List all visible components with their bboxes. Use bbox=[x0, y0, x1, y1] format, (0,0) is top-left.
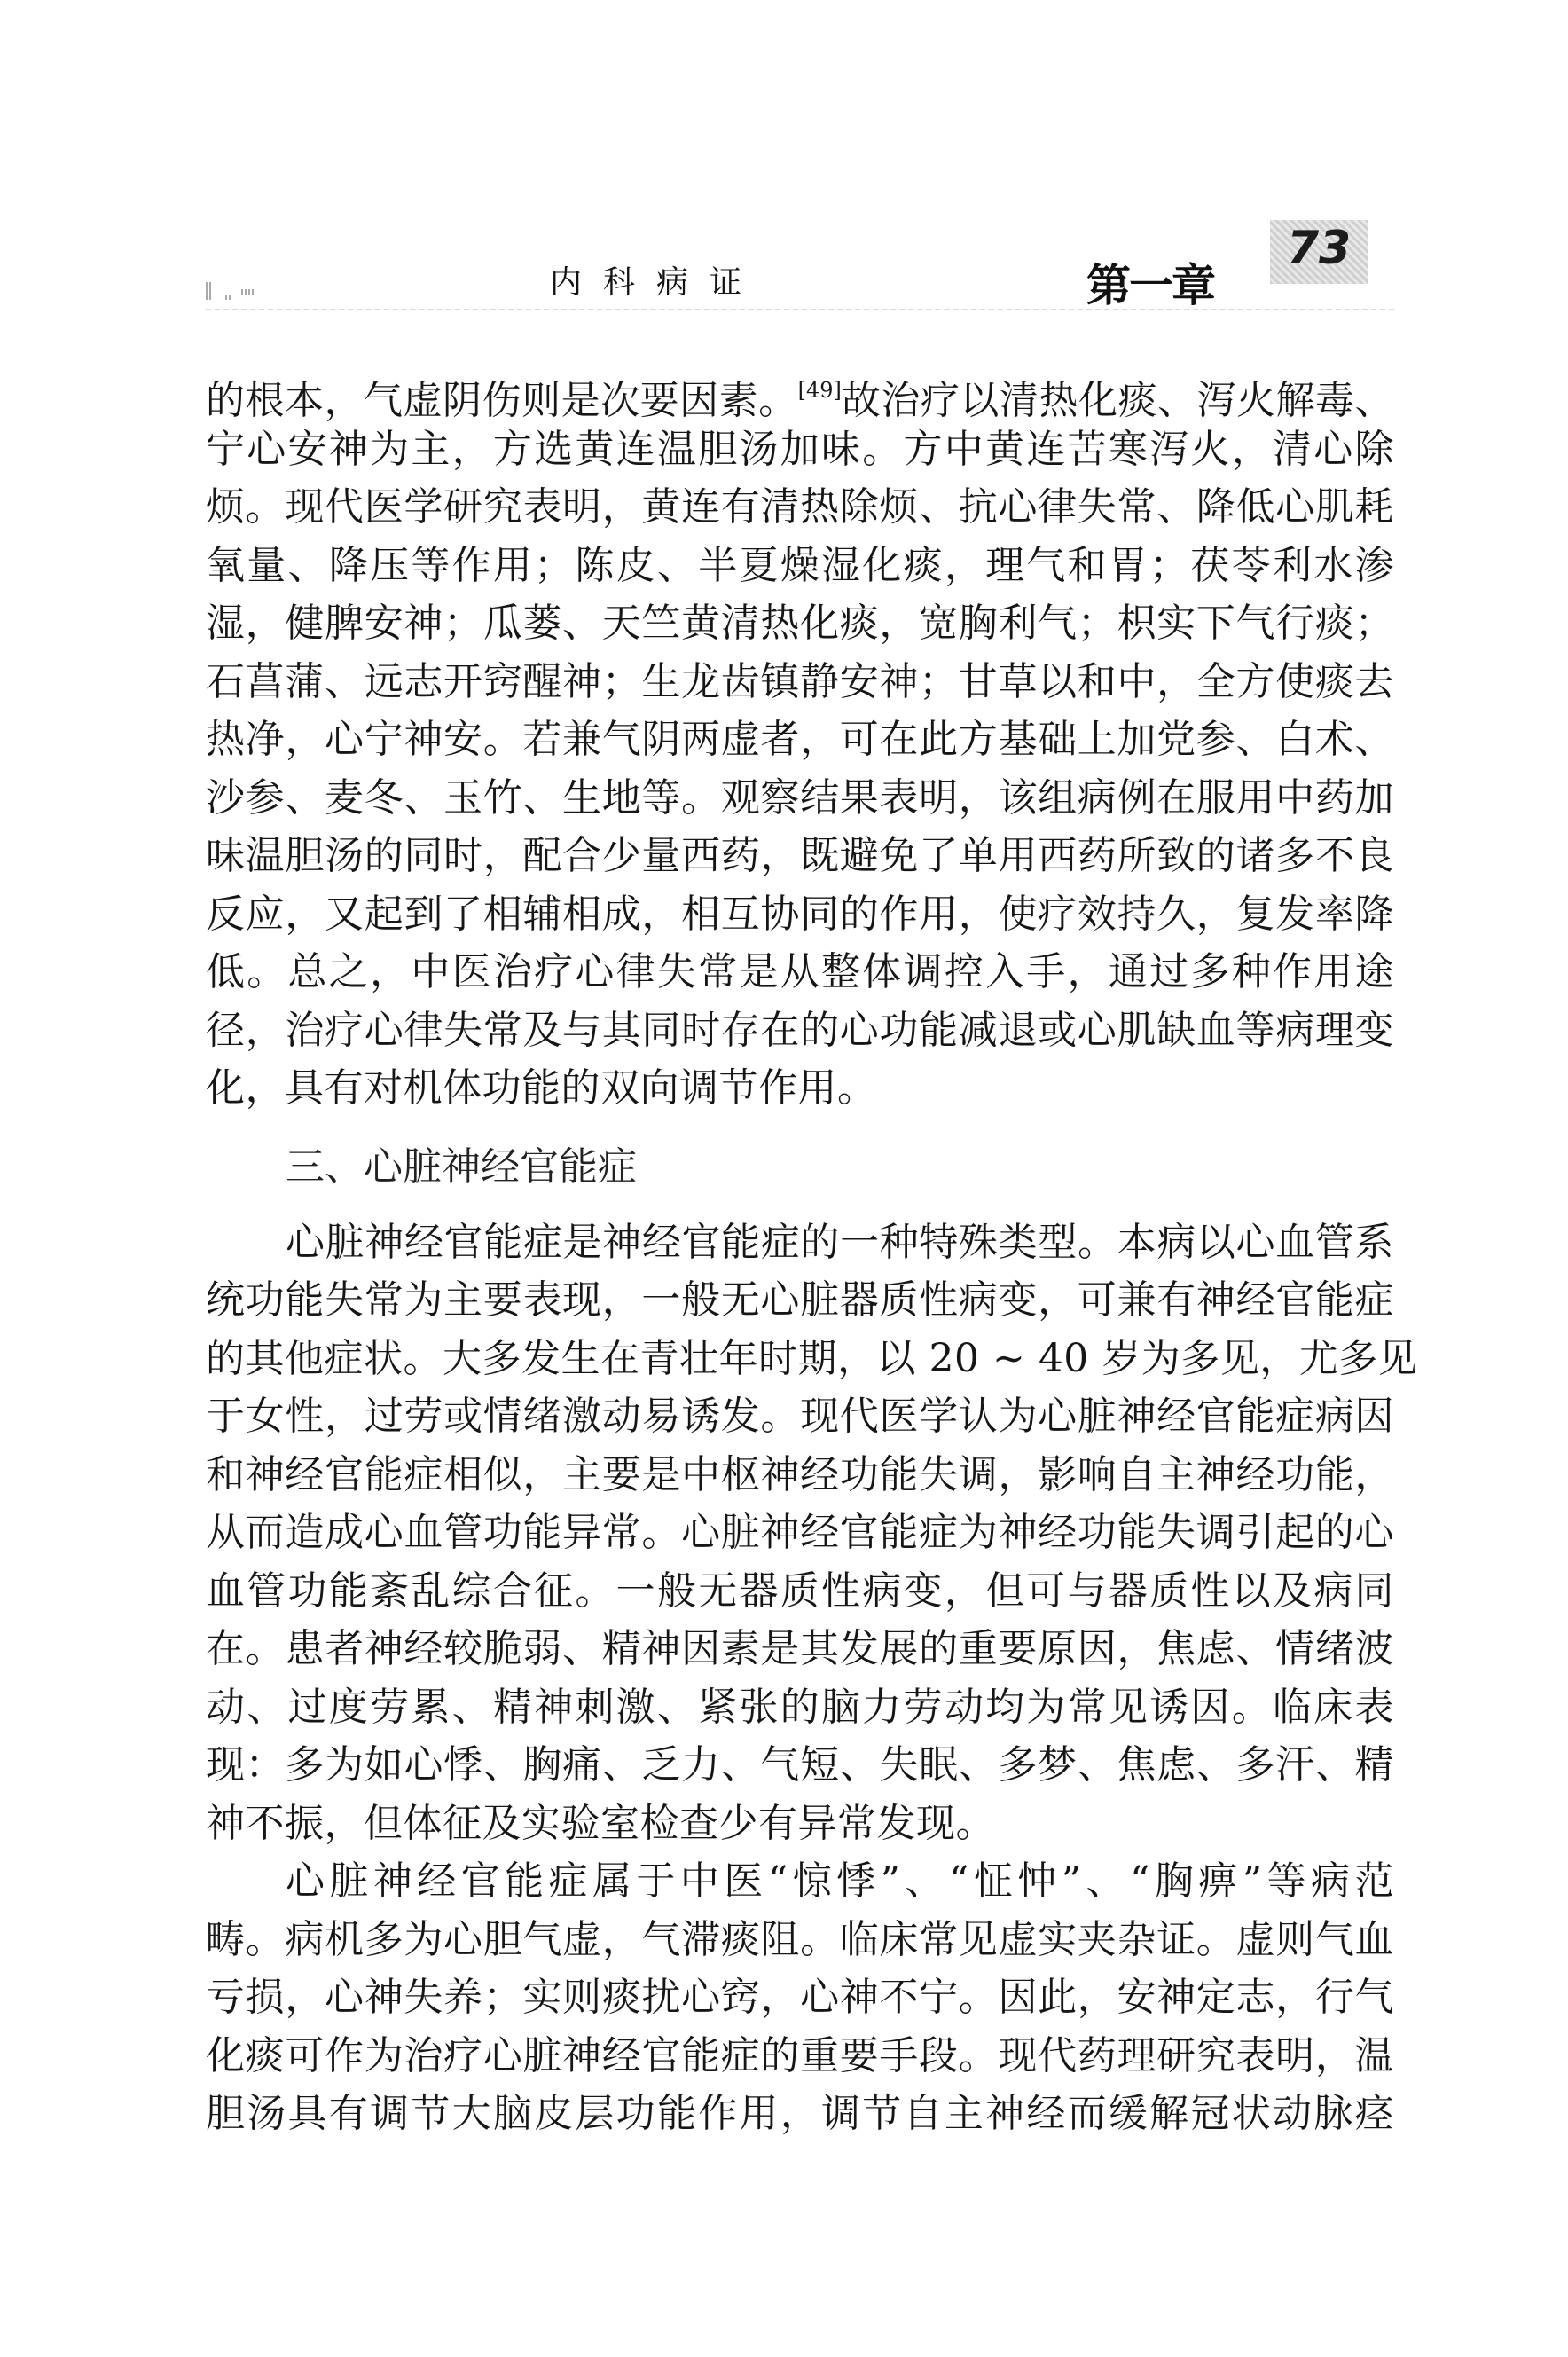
section-heading: 三、心脏神经官能症 bbox=[206, 1123, 1394, 1212]
text-line: 化，具有对机体功能的双向调节作用。 bbox=[206, 1059, 1394, 1118]
page-number-box: 73 bbox=[1270, 220, 1368, 284]
book-page: 内科病证 第一章 73 的根本，气虚阴伤则是次要因素。[49]故治疗以清热化痰、… bbox=[0, 0, 1568, 2357]
paragraph-1: 的根本，气虚阴伤则是次要因素。[49]故治疗以清热化痰、泻火解毒、 宁心安神为主… bbox=[206, 362, 1394, 1118]
text-line: 胆汤具有调节大脑皮层功能作用，调节自主神经而缓解冠状动脉痉 bbox=[206, 2085, 1394, 2143]
citation-reference: [49] bbox=[798, 378, 842, 403]
text-line: 反应，又起到了相辅相成，相互协同的作用，使疗效持久，复发率降 bbox=[206, 885, 1394, 944]
text-line: 的根本，气虚阴伤则是次要因素。[49]故治疗以清热化痰、泻火解毒、 bbox=[206, 362, 1394, 420]
text-line: 氧量、降压等作用；陈皮、半夏燥湿化痰，理气和胃；茯苓利水渗 bbox=[206, 537, 1394, 595]
paragraph-2: 心脏神经官能症是神经官能症的一种特殊类型。本病以心血管系 统功能失常为主要表现，… bbox=[206, 1214, 1394, 1853]
paragraph-3: 心脏神经官能症属于中医“惊悸”、“怔忡”、“胸痹”等病范 畴。病机多为心胆气虚，… bbox=[206, 1852, 1394, 2143]
text-line: 热净，心宁神安。若兼气阴两虚者，可在此方基础上加党参、白术、 bbox=[206, 711, 1394, 769]
text-line: 畴。病机多为心胆气虚，气滞痰阻。临床常见虚实夹杂证。虚则气血 bbox=[206, 1911, 1394, 1969]
text-line: 亏损，心神失养；实则痰扰心窍，心神不宁。因此，安神定志，行气 bbox=[206, 1968, 1394, 2027]
text-line: 心脏神经官能症是神经官能症的一种特殊类型。本病以心血管系 bbox=[206, 1214, 1394, 1272]
text-line: 和神经官能症相似，主要是中枢神经功能失调，影响自主神经功能， bbox=[206, 1446, 1394, 1505]
text-line: 动、过度劳累、精神刺激、紧张的脑力劳动均为常见诱因。临床表 bbox=[206, 1678, 1394, 1737]
text-line: 从而造成心血管功能异常。心脏神经官能症为神经功能失调引起的心 bbox=[206, 1504, 1394, 1562]
book-title: 内科病证 bbox=[550, 257, 763, 302]
body-text: 的根本，气虚阴伤则是次要因素。[49]故治疗以清热化痰、泻火解毒、 宁心安神为主… bbox=[206, 362, 1394, 2143]
text-line: 在。患者神经较脆弱、精神因素是其发展的重要原因，焦虑、情绪波 bbox=[206, 1620, 1394, 1678]
text-line: 味温胆汤的同时，配合少量西药，既避免了单用西药所致的诸多不良 bbox=[206, 827, 1394, 885]
text-line: 于女性，过劳或情绪激动易诱发。现代医学认为心脏神经官能症病因 bbox=[206, 1387, 1394, 1446]
page-number: 73 bbox=[1270, 222, 1368, 275]
text-line: 心脏神经官能症属于中医“惊悸”、“怔忡”、“胸痹”等病范 bbox=[206, 1852, 1394, 1911]
text-segment: 的根本，气虚阴伤则是次要因素。 bbox=[206, 378, 798, 423]
scan-artifact-mark bbox=[206, 282, 259, 302]
text-segment: 故治疗以清热化痰、泻火解毒、 bbox=[842, 378, 1394, 423]
text-line: 统功能失常为主要表现，一般无心脏器质性病变，可兼有神经官能症 bbox=[206, 1271, 1394, 1330]
header-rule bbox=[206, 309, 1394, 310]
text-line: 低。总之，中医治疗心律失常是从整体调控入手，通过多种作用途 bbox=[206, 943, 1394, 1002]
text-line: 神不振，但体征及实验室检查少有异常发现。 bbox=[206, 1795, 1394, 1853]
text-line: 化痰可作为治疗心脏神经官能症的重要手段。现代药理研究表明，温 bbox=[206, 2027, 1394, 2086]
text-line: 血管功能紊乱综合征。一般无器质性病变，但可与器质性以及病同 bbox=[206, 1562, 1394, 1621]
text-line: 现：多为如心悸、胸痛、乏力、气短、失眠、多梦、焦虑、多汗、精 bbox=[206, 1736, 1394, 1795]
text-line: 湿，健脾安神；瓜蒌、天竺黄清热化痰，宽胸利气；枳实下气行痰； bbox=[206, 594, 1394, 653]
text-line: 石菖蒲、远志开窍醒神；生龙齿镇静安神；甘草以和中，全方使痰去 bbox=[206, 653, 1394, 711]
text-line: 宁心安神为主，方选黄连温胆汤加味。方中黄连苦寒泻火，清心除 bbox=[206, 420, 1394, 479]
running-header: 内科病证 第一章 73 bbox=[0, 0, 1568, 319]
text-line: 沙参、麦冬、玉竹、生地等。观察结果表明，该组病例在服用中药加 bbox=[206, 769, 1394, 828]
text-line: 的其他症状。大多发生在青壮年时期，以 20 ~ 40 岁为多见，尤多见 bbox=[206, 1330, 1394, 1388]
chapter-label: 第一章 bbox=[1086, 250, 1214, 314]
text-line: 径，治疗心律失常及与其同时存在的心功能减退或心肌缺血等病理变 bbox=[206, 1002, 1394, 1060]
text-line: 烦。现代医学研究表明，黄连有清热除烦、抗心律失常、降低心肌耗 bbox=[206, 478, 1394, 537]
